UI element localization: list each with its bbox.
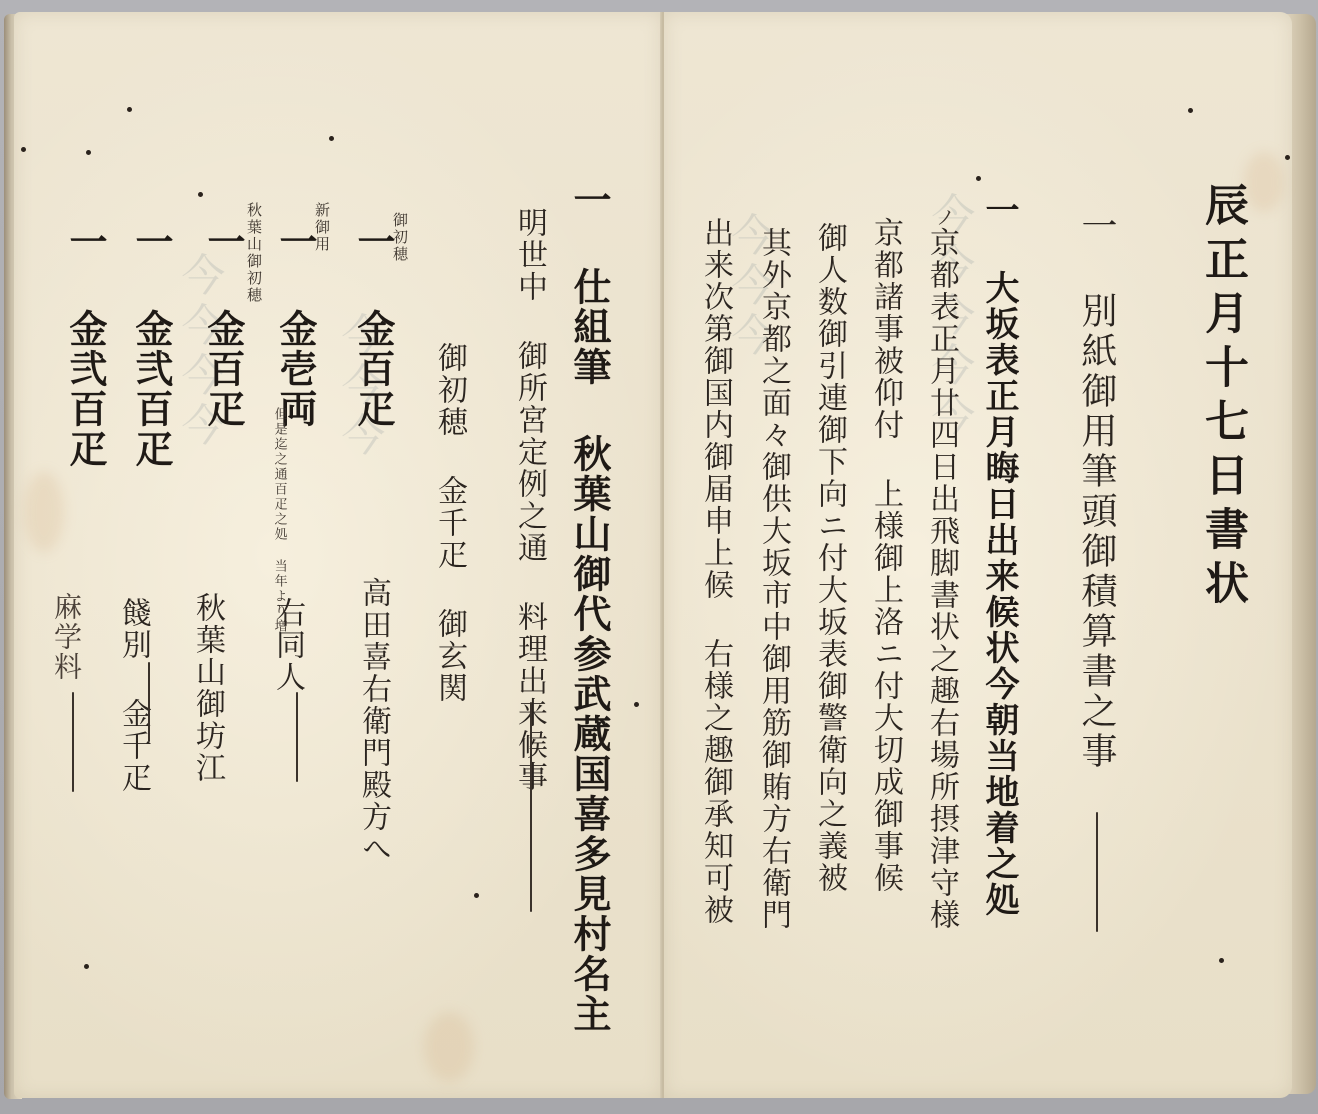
binding-dot bbox=[329, 136, 334, 141]
text-column: 御初穂 金千疋 御玄関 bbox=[434, 342, 464, 704]
binding-dot bbox=[976, 176, 981, 181]
text-column: 高田喜右衛門殿方へ bbox=[358, 577, 388, 865]
text-column: 京都表正月廿四日出飛脚書状之趣右場所摂津守様 bbox=[926, 227, 956, 931]
annotation-column: 秋葉山御初穂 bbox=[246, 202, 261, 304]
binding-dot bbox=[21, 147, 26, 152]
annotation-column: 但是迄之通百疋之処 当年より増 bbox=[272, 407, 286, 634]
text-column: 其外京都之面々御供大坂市中御用筋御賄方右衛門 bbox=[758, 227, 788, 931]
brush-tail bbox=[1096, 812, 1098, 932]
manuscript-scene: 今今今今 今今今 一 仕組筆 秋葉山御代参武蔵国喜多見村名主 明世中 御所宮定例… bbox=[0, 0, 1318, 1114]
text-column: 一 金百疋 bbox=[354, 222, 392, 429]
brush-tail bbox=[296, 692, 298, 782]
paper-stain bbox=[1244, 152, 1284, 212]
binding-dot bbox=[1285, 155, 1290, 160]
binding-dot bbox=[198, 192, 203, 197]
margin-mark: ノ bbox=[934, 207, 954, 229]
text-column: 一 大坂表正月晦日出来候状今朝当地着之処 bbox=[982, 192, 1016, 918]
text-column: 京都諸事被仰付 上様御上洛ニ付大切成御事候 bbox=[870, 217, 900, 894]
paper-stain bbox=[24, 472, 64, 552]
text-column: 一 金弐百疋 bbox=[132, 222, 170, 469]
brush-tail bbox=[72, 692, 74, 792]
text-column: 出来次第御国内御届申上候 右様之趣御承知可被 bbox=[700, 217, 730, 926]
paper-stain bbox=[424, 1012, 474, 1082]
text-column: 秋葉山御坊江 bbox=[192, 592, 222, 784]
text-column: 餞別 金千疋 bbox=[118, 597, 148, 794]
text-column: 一 金弐百疋 bbox=[66, 222, 104, 469]
text-column: 一 別紙御用筆頭御積算書之事 bbox=[1078, 207, 1114, 772]
heading-column: 辰正月十七日書状 bbox=[1200, 182, 1244, 614]
text-column: 一 金百疋 bbox=[204, 222, 242, 429]
binding-dot bbox=[127, 107, 132, 112]
binding-dot bbox=[86, 150, 91, 155]
text-column: 麻学料 bbox=[52, 592, 80, 682]
text-column: 明世中 御所宮定例之通 料理出来候事 bbox=[514, 207, 544, 793]
brush-tail bbox=[530, 702, 532, 912]
binding-dot bbox=[474, 893, 479, 898]
text-column: 一 仕組筆 秋葉山御代参武蔵国喜多見村名主 bbox=[570, 180, 608, 900]
left-page: 今今今今 今今今 一 仕組筆 秋葉山御代参武蔵国喜多見村名主 明世中 御所宮定例… bbox=[14, 12, 662, 1098]
text-column: 一 金壱両 bbox=[276, 222, 314, 429]
binding-dot bbox=[1188, 108, 1193, 113]
text-column: 御人数御引連御下向ニ付大坂表御警衛向之義被 bbox=[814, 222, 844, 894]
binding-dot bbox=[1219, 958, 1224, 963]
binding-dot bbox=[634, 702, 639, 707]
right-page: 今今今 今今今今今 ノ 辰正月十七日書状 一 別紙御用筆頭御積算書之事 一 大坂… bbox=[664, 12, 1292, 1098]
brush-tail bbox=[148, 662, 150, 742]
binding-dot bbox=[84, 964, 89, 969]
